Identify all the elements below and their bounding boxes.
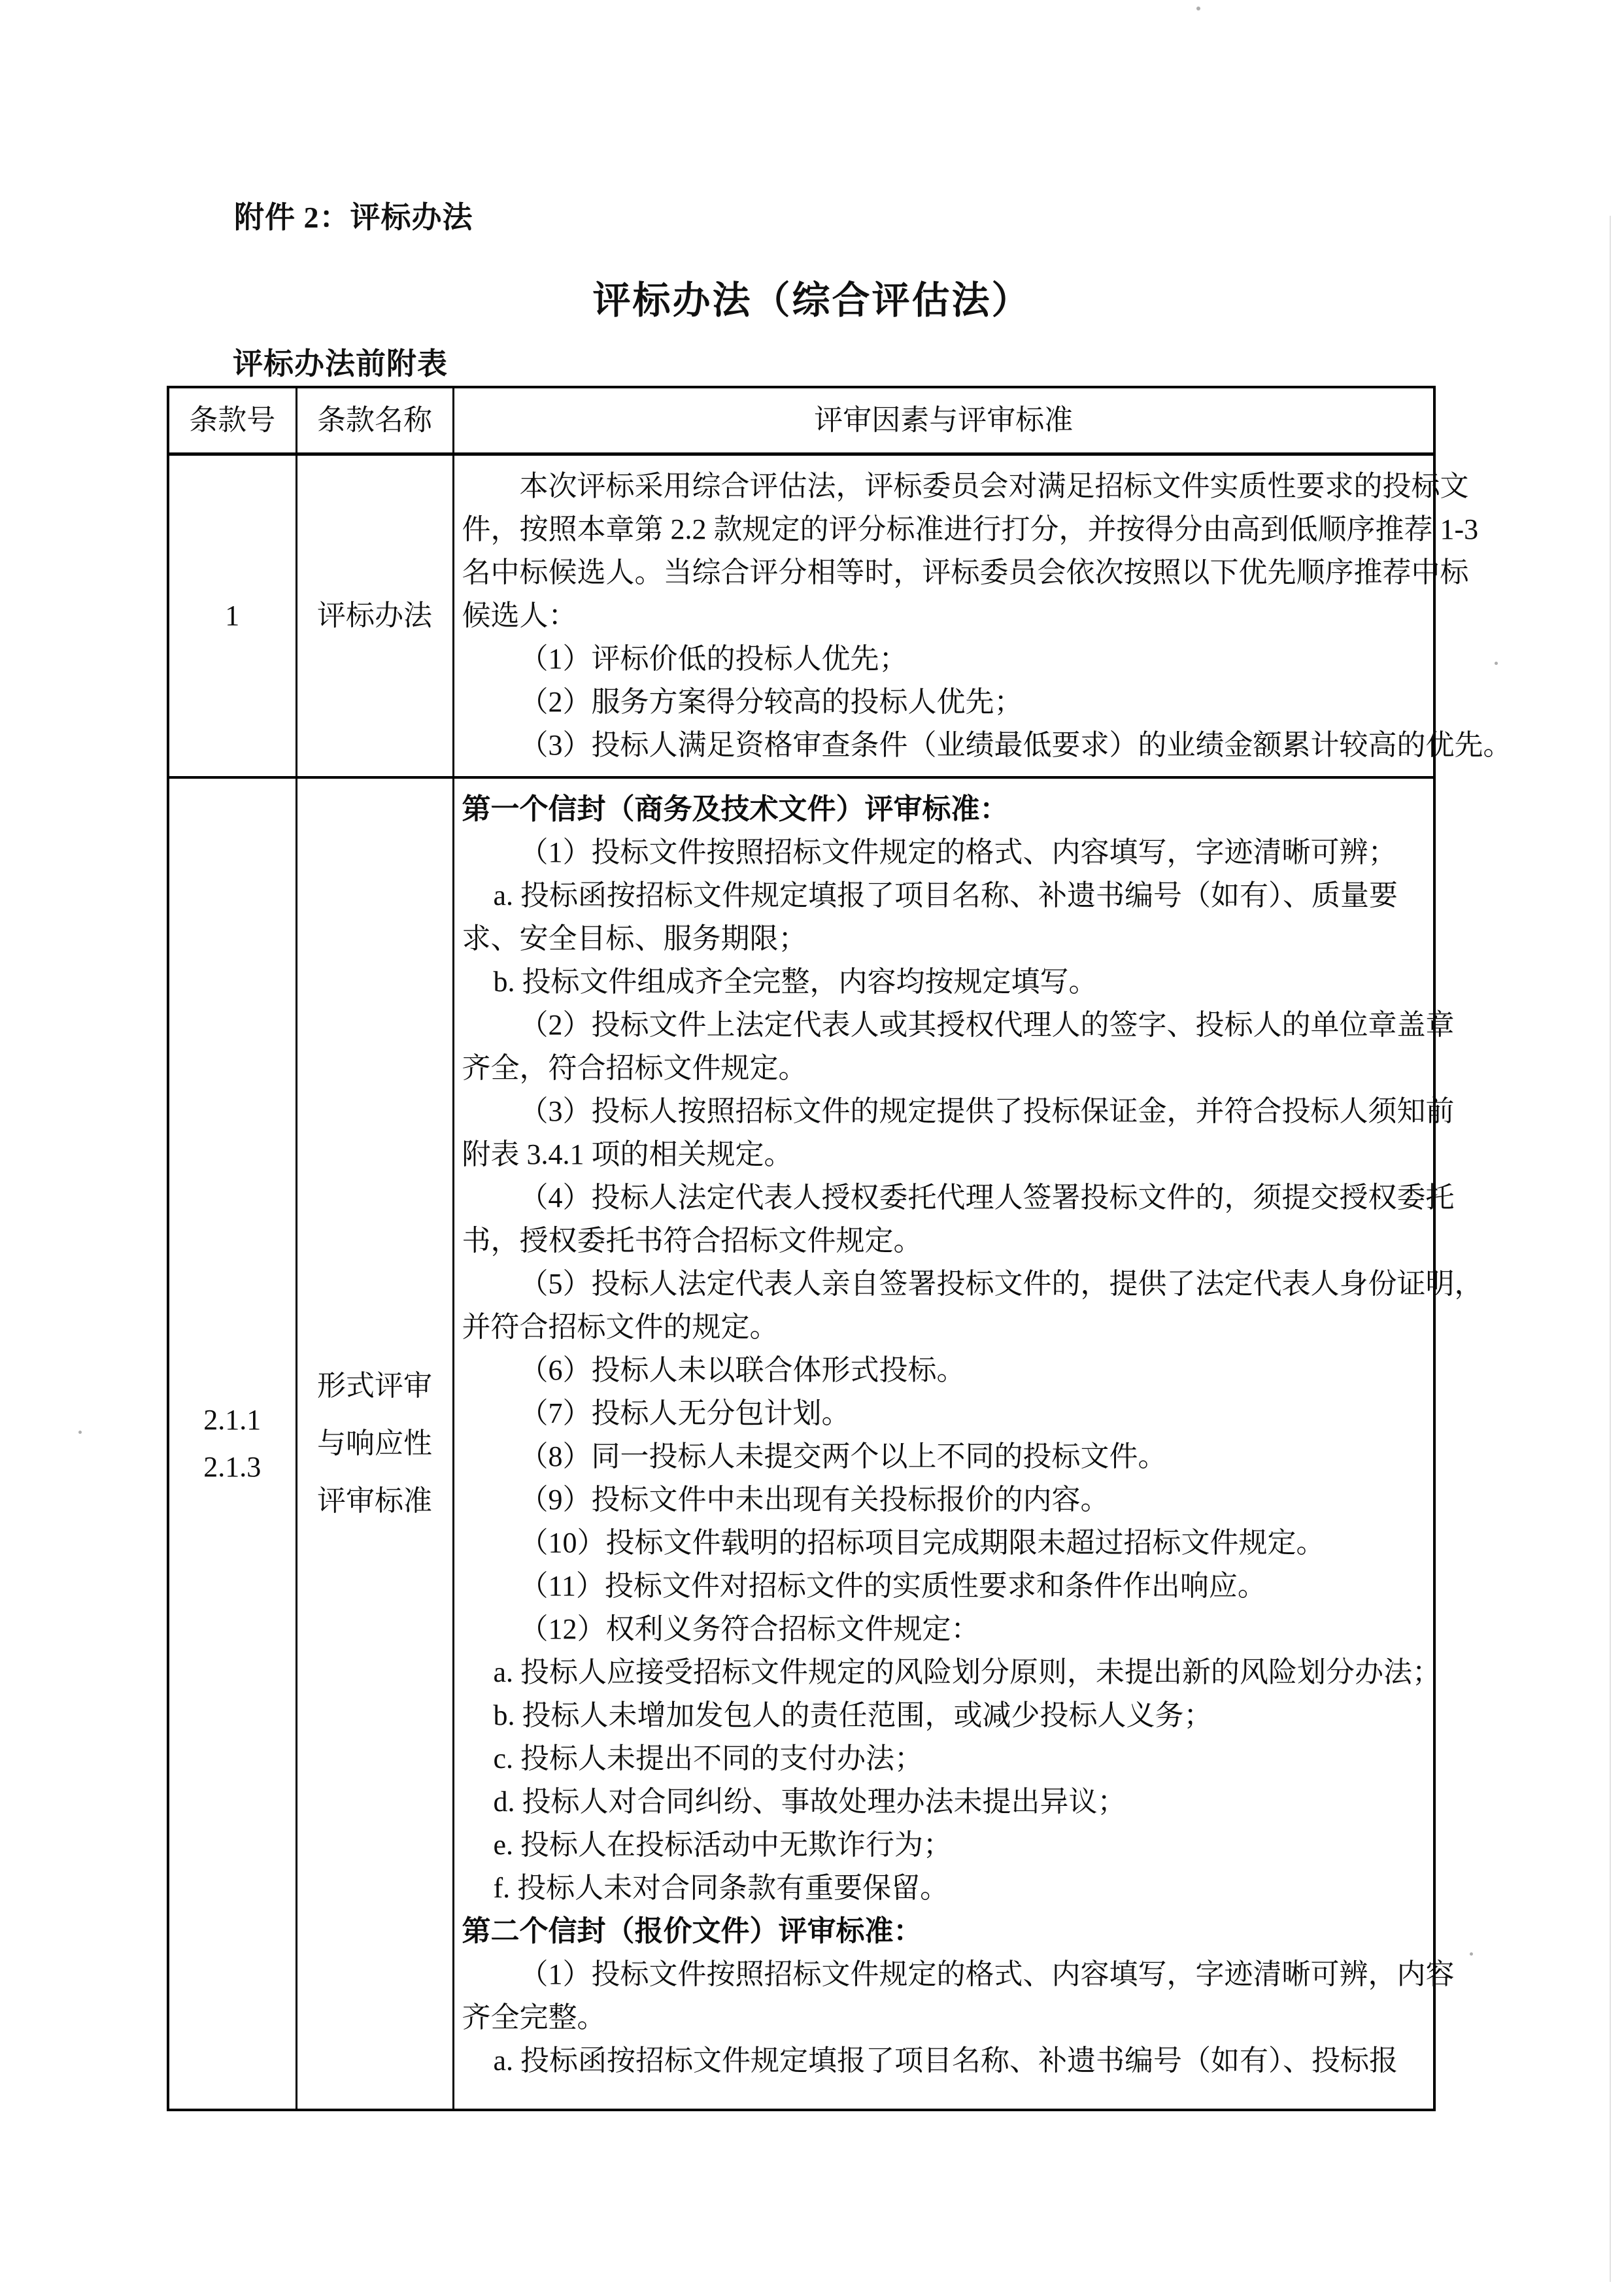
scan-speck bbox=[1470, 1952, 1473, 1956]
page-title: 评标办法（综合评估法） bbox=[0, 269, 1624, 324]
text-line: （3）投标人按照招标文件的规定提供了投标保证金，并符合投标人须知前 bbox=[462, 1090, 1417, 1133]
text-line: （9）投标文件中未出现有关投标报价的内容。 bbox=[462, 1478, 1417, 1521]
table-caption: 评标办法前附表 bbox=[233, 340, 448, 383]
text-line: （5）投标人法定代表人亲自签署投标文件的，提供了法定代表人身份证明， bbox=[462, 1263, 1417, 1306]
text-line: 与响应性 bbox=[298, 1415, 452, 1472]
text-line: 书，授权委托书符合招标文件规定。 bbox=[462, 1219, 1417, 1263]
evaluation-table: 条款号 条款名称 评审因素与评审标准 1 评标办法 本次评标采用综合评估法，评标… bbox=[167, 386, 1436, 2111]
text-line: 名中标候选人。当综合评分相等时，评标委员会依次按照以下优先顺序推荐中标 bbox=[462, 551, 1417, 594]
scan-artifact-line bbox=[1610, 216, 1611, 2282]
text-line: （1）投标文件按照招标文件规定的格式、内容填写，字迹清晰可辨； bbox=[462, 831, 1417, 874]
criteria-cell: 本次评标采用综合评估法，评标委员会对满足招标文件实质性要求的投标文件，按照本章第… bbox=[453, 454, 1434, 778]
text-line: 并符合招标文件的规定。 bbox=[462, 1306, 1417, 1349]
clause-name-cell: 评标办法 bbox=[296, 454, 453, 778]
text-line: 齐全，符合招标文件规定。 bbox=[462, 1047, 1417, 1090]
text-line: c. 投标人未提出不同的支付办法； bbox=[462, 1737, 1417, 1780]
scan-speck bbox=[78, 1431, 82, 1434]
text-line: （2）投标文件上法定代表人或其授权代理人的签字、投标人的单位章盖章 bbox=[462, 1004, 1417, 1047]
text-line: （6）投标人未以联合体形式投标。 bbox=[462, 1349, 1417, 1392]
text-line: （10）投标文件载明的招标项目完成期限未超过招标文件规定。 bbox=[462, 1521, 1417, 1565]
table-header-row: 条款号 条款名称 评审因素与评审标准 bbox=[168, 387, 1434, 454]
text-line: 附表 3.4.1 项的相关规定。 bbox=[462, 1133, 1417, 1176]
text-line: 评标办法 bbox=[298, 594, 452, 637]
text-line: e. 投标人在投标活动中无欺诈行为； bbox=[462, 1824, 1417, 1867]
text-line: 第一个信封（商务及技术文件）评审标准： bbox=[462, 788, 1417, 831]
clause-no-cell: 1 bbox=[168, 454, 296, 778]
text-line: 件，按照本章第 2.2 款规定的评分标准进行打分，并按得分由高到低顺序推荐 1-… bbox=[462, 508, 1417, 551]
text-line: （1）评标价低的投标人优先； bbox=[462, 637, 1417, 681]
criteria-cell: 第一个信封（商务及技术文件）评审标准：（1）投标文件按照招标文件规定的格式、内容… bbox=[453, 777, 1434, 2110]
clause-no-cell: 2.1.12.1.3 bbox=[168, 777, 296, 2110]
document-page: 附件 2：评标办法 评标办法（综合评估法） 评标办法前附表 条款号 条款名称 评… bbox=[0, 0, 1624, 2293]
text-line: a. 投标人应接受招标文件规定的风险划分原则，未提出新的风险划分办法； bbox=[462, 1651, 1417, 1694]
text-line: b. 投标文件组成齐全完整，内容均按规定填写。 bbox=[462, 960, 1417, 1004]
text-line: （8）同一投标人未提交两个以上不同的投标文件。 bbox=[462, 1435, 1417, 1478]
table-row: 1 评标办法 本次评标采用综合评估法，评标委员会对满足招标文件实质性要求的投标文… bbox=[168, 454, 1434, 778]
text-line: 评审标准 bbox=[298, 1472, 452, 1530]
col-header-criteria: 评审因素与评审标准 bbox=[453, 387, 1434, 454]
text-line: 第二个信封（报价文件）评审标准： bbox=[462, 1910, 1417, 1953]
text-line: 候选人： bbox=[462, 594, 1417, 637]
clause-name-cell: 形式评审与响应性评审标准 bbox=[296, 777, 453, 2110]
text-line: b. 投标人未增加发包人的责任范围，或减少投标人义务； bbox=[462, 1694, 1417, 1737]
col-header-clause-name: 条款名称 bbox=[296, 387, 453, 454]
text-line: a. 投标函按招标文件规定填报了项目名称、补遗书编号（如有）、投标报 bbox=[462, 2039, 1417, 2082]
text-line: 1 bbox=[170, 594, 295, 637]
text-line: （12）权利义务符合招标文件规定： bbox=[462, 1608, 1417, 1651]
text-line: 2.1.3 bbox=[170, 1444, 295, 1491]
col-header-clause-no: 条款号 bbox=[168, 387, 296, 454]
text-line: （4）投标人法定代表人授权委托代理人签署投标文件的，须提交授权委托 bbox=[462, 1176, 1417, 1219]
text-line: f. 投标人未对合同条款有重要保留。 bbox=[462, 1867, 1417, 1910]
table-row: 2.1.12.1.3 形式评审与响应性评审标准 第一个信封（商务及技术文件）评审… bbox=[168, 777, 1434, 2110]
scan-speck bbox=[1196, 7, 1200, 10]
text-line: （7）投标人无分包计划。 bbox=[462, 1392, 1417, 1435]
text-line: 齐全完整。 bbox=[462, 1996, 1417, 2039]
text-line: （11）投标文件对招标文件的实质性要求和条件作出响应。 bbox=[462, 1565, 1417, 1608]
text-line: 2.1.1 bbox=[170, 1397, 295, 1444]
text-line: （2）服务方案得分较高的投标人优先； bbox=[462, 681, 1417, 724]
text-line: （1）投标文件按照招标文件规定的格式、内容填写，字迹清晰可辨，内容 bbox=[462, 1953, 1417, 1996]
text-line: 本次评标采用综合评估法，评标委员会对满足招标文件实质性要求的投标文 bbox=[462, 465, 1417, 508]
text-line: d. 投标人对合同纠纷、事故处理办法未提出异议； bbox=[462, 1780, 1417, 1824]
text-line: 形式评审 bbox=[298, 1357, 452, 1415]
text-line: a. 投标函按招标文件规定填报了项目名称、补遗书编号（如有）、质量要 bbox=[462, 874, 1417, 917]
scan-speck bbox=[1495, 662, 1498, 665]
text-line: 求、安全目标、服务期限； bbox=[462, 917, 1417, 960]
text-line: （3）投标人满足资格审查条件（业绩最低要求）的业绩金额累计较高的优先。 bbox=[462, 724, 1417, 767]
attachment-label: 附件 2：评标办法 bbox=[234, 194, 473, 237]
